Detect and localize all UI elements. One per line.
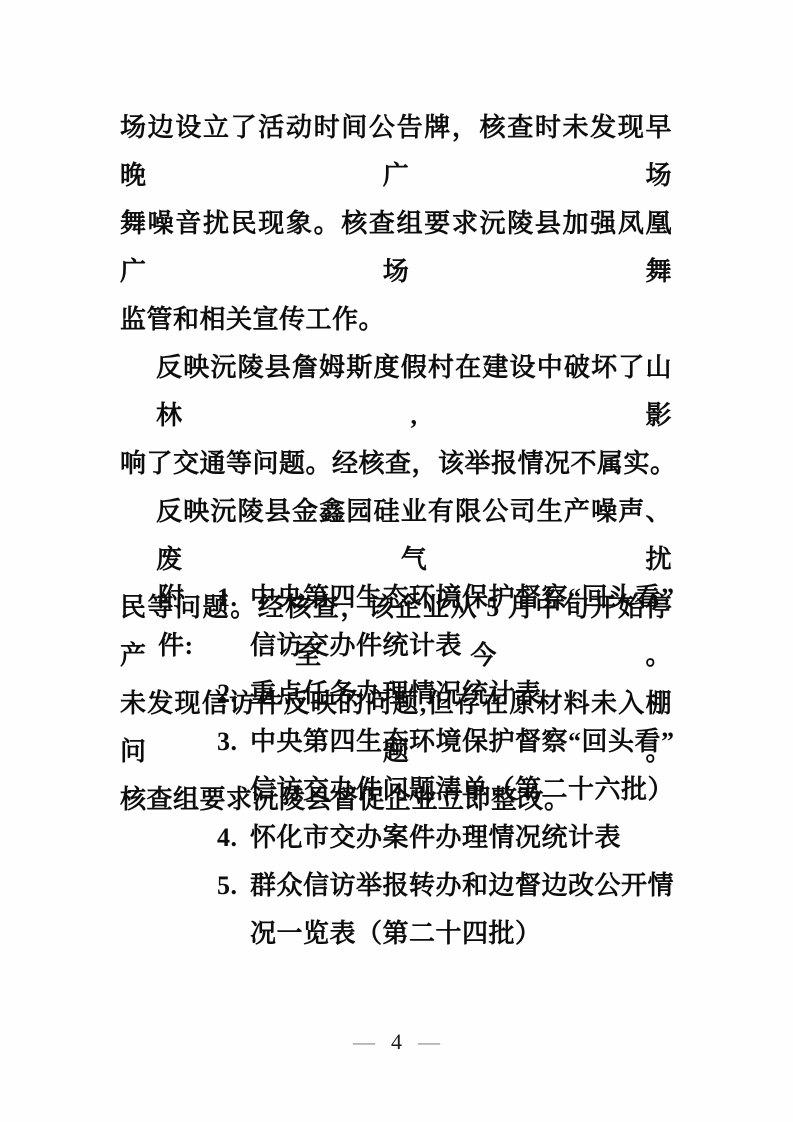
- text-line: 舞噪音扰民现象。核查组要求沅陵县加强凤凰广场舞: [120, 200, 672, 296]
- attachment-item: 1. 中央第四生态环境保护督察“回头看” 信访交办件统计表: [217, 574, 695, 670]
- paragraph: 反映沅陵县詹姆斯度假村在建设中破坏了山林,影 响了交通等问题。经核查，该举报情况…: [120, 344, 672, 488]
- attachment-items: 1. 中央第四生态环境保护督察“回头看” 信访交办件统计表 2. 重点任务办理情…: [217, 574, 695, 958]
- item-lines: 怀化市交办案件办理情况统计表: [250, 814, 695, 862]
- text-line: 场边设立了活动时间公告牌，核查时未发现早晚广场: [120, 104, 672, 200]
- item-line: 中央第四生态环境保护督察“回头看”: [250, 574, 695, 622]
- text-line: 反映沅陵县金鑫园硅业有限公司生产噪声、废气扰: [120, 488, 672, 584]
- paragraph: 场边设立了活动时间公告牌，核查时未发现早晚广场 舞噪音扰民现象。核查组要求沅陵县…: [120, 104, 672, 344]
- item-number: 2.: [217, 670, 250, 718]
- page-number: 4: [391, 1028, 402, 1056]
- item-number: 1.: [217, 574, 250, 622]
- document-page: 场边设立了活动时间公告牌，核查时未发现早晚广场 舞噪音扰民现象。核查组要求沅陵县…: [0, 0, 793, 1122]
- item-number: 5.: [217, 862, 250, 910]
- item-number: 3.: [217, 718, 250, 766]
- item-lines: 群众信访举报转办和边督边改公开情 况一览表（第二十四批）: [250, 862, 695, 958]
- footer-dash-right: —: [418, 1029, 440, 1054]
- item-line: 中央第四生态环境保护督察“回头看”: [250, 718, 695, 766]
- item-number: 4.: [217, 814, 250, 862]
- attachments-label: 附件:: [158, 574, 217, 670]
- item-lines: 重点任务办理情况统计表: [250, 670, 695, 718]
- item-line: 群众信访举报转办和边督边改公开情: [250, 862, 695, 910]
- item-line: 重点任务办理情况统计表: [250, 670, 695, 718]
- item-lines: 中央第四生态环境保护督察“回头看” 信访交办件问题清单（第二十六批）: [250, 718, 695, 814]
- attachment-item: 4. 怀化市交办案件办理情况统计表: [217, 814, 695, 862]
- text-line: 监管和相关宣传工作。: [120, 296, 672, 344]
- footer-dash-left: —: [353, 1029, 375, 1054]
- item-line: 信访交办件问题清单（第二十六批）: [250, 766, 695, 814]
- item-line: 信访交办件统计表: [250, 622, 695, 670]
- item-line: 怀化市交办案件办理情况统计表: [250, 814, 695, 862]
- page-footer: —4—: [0, 1028, 793, 1056]
- attachments-block: 附件: 1. 中央第四生态环境保护督察“回头看” 信访交办件统计表 2. 重点任…: [158, 574, 695, 958]
- item-line: 况一览表（第二十四批）: [250, 910, 695, 958]
- text-line: 反映沅陵县詹姆斯度假村在建设中破坏了山林,影: [120, 344, 672, 440]
- attachment-item: 3. 中央第四生态环境保护督察“回头看” 信访交办件问题清单（第二十六批）: [217, 718, 695, 814]
- attachment-item: 2. 重点任务办理情况统计表: [217, 670, 695, 718]
- text-line: 响了交通等问题。经核查，该举报情况不属实。: [120, 440, 672, 488]
- item-lines: 中央第四生态环境保护督察“回头看” 信访交办件统计表: [250, 574, 695, 670]
- attachment-item: 5. 群众信访举报转办和边督边改公开情 况一览表（第二十四批）: [217, 862, 695, 958]
